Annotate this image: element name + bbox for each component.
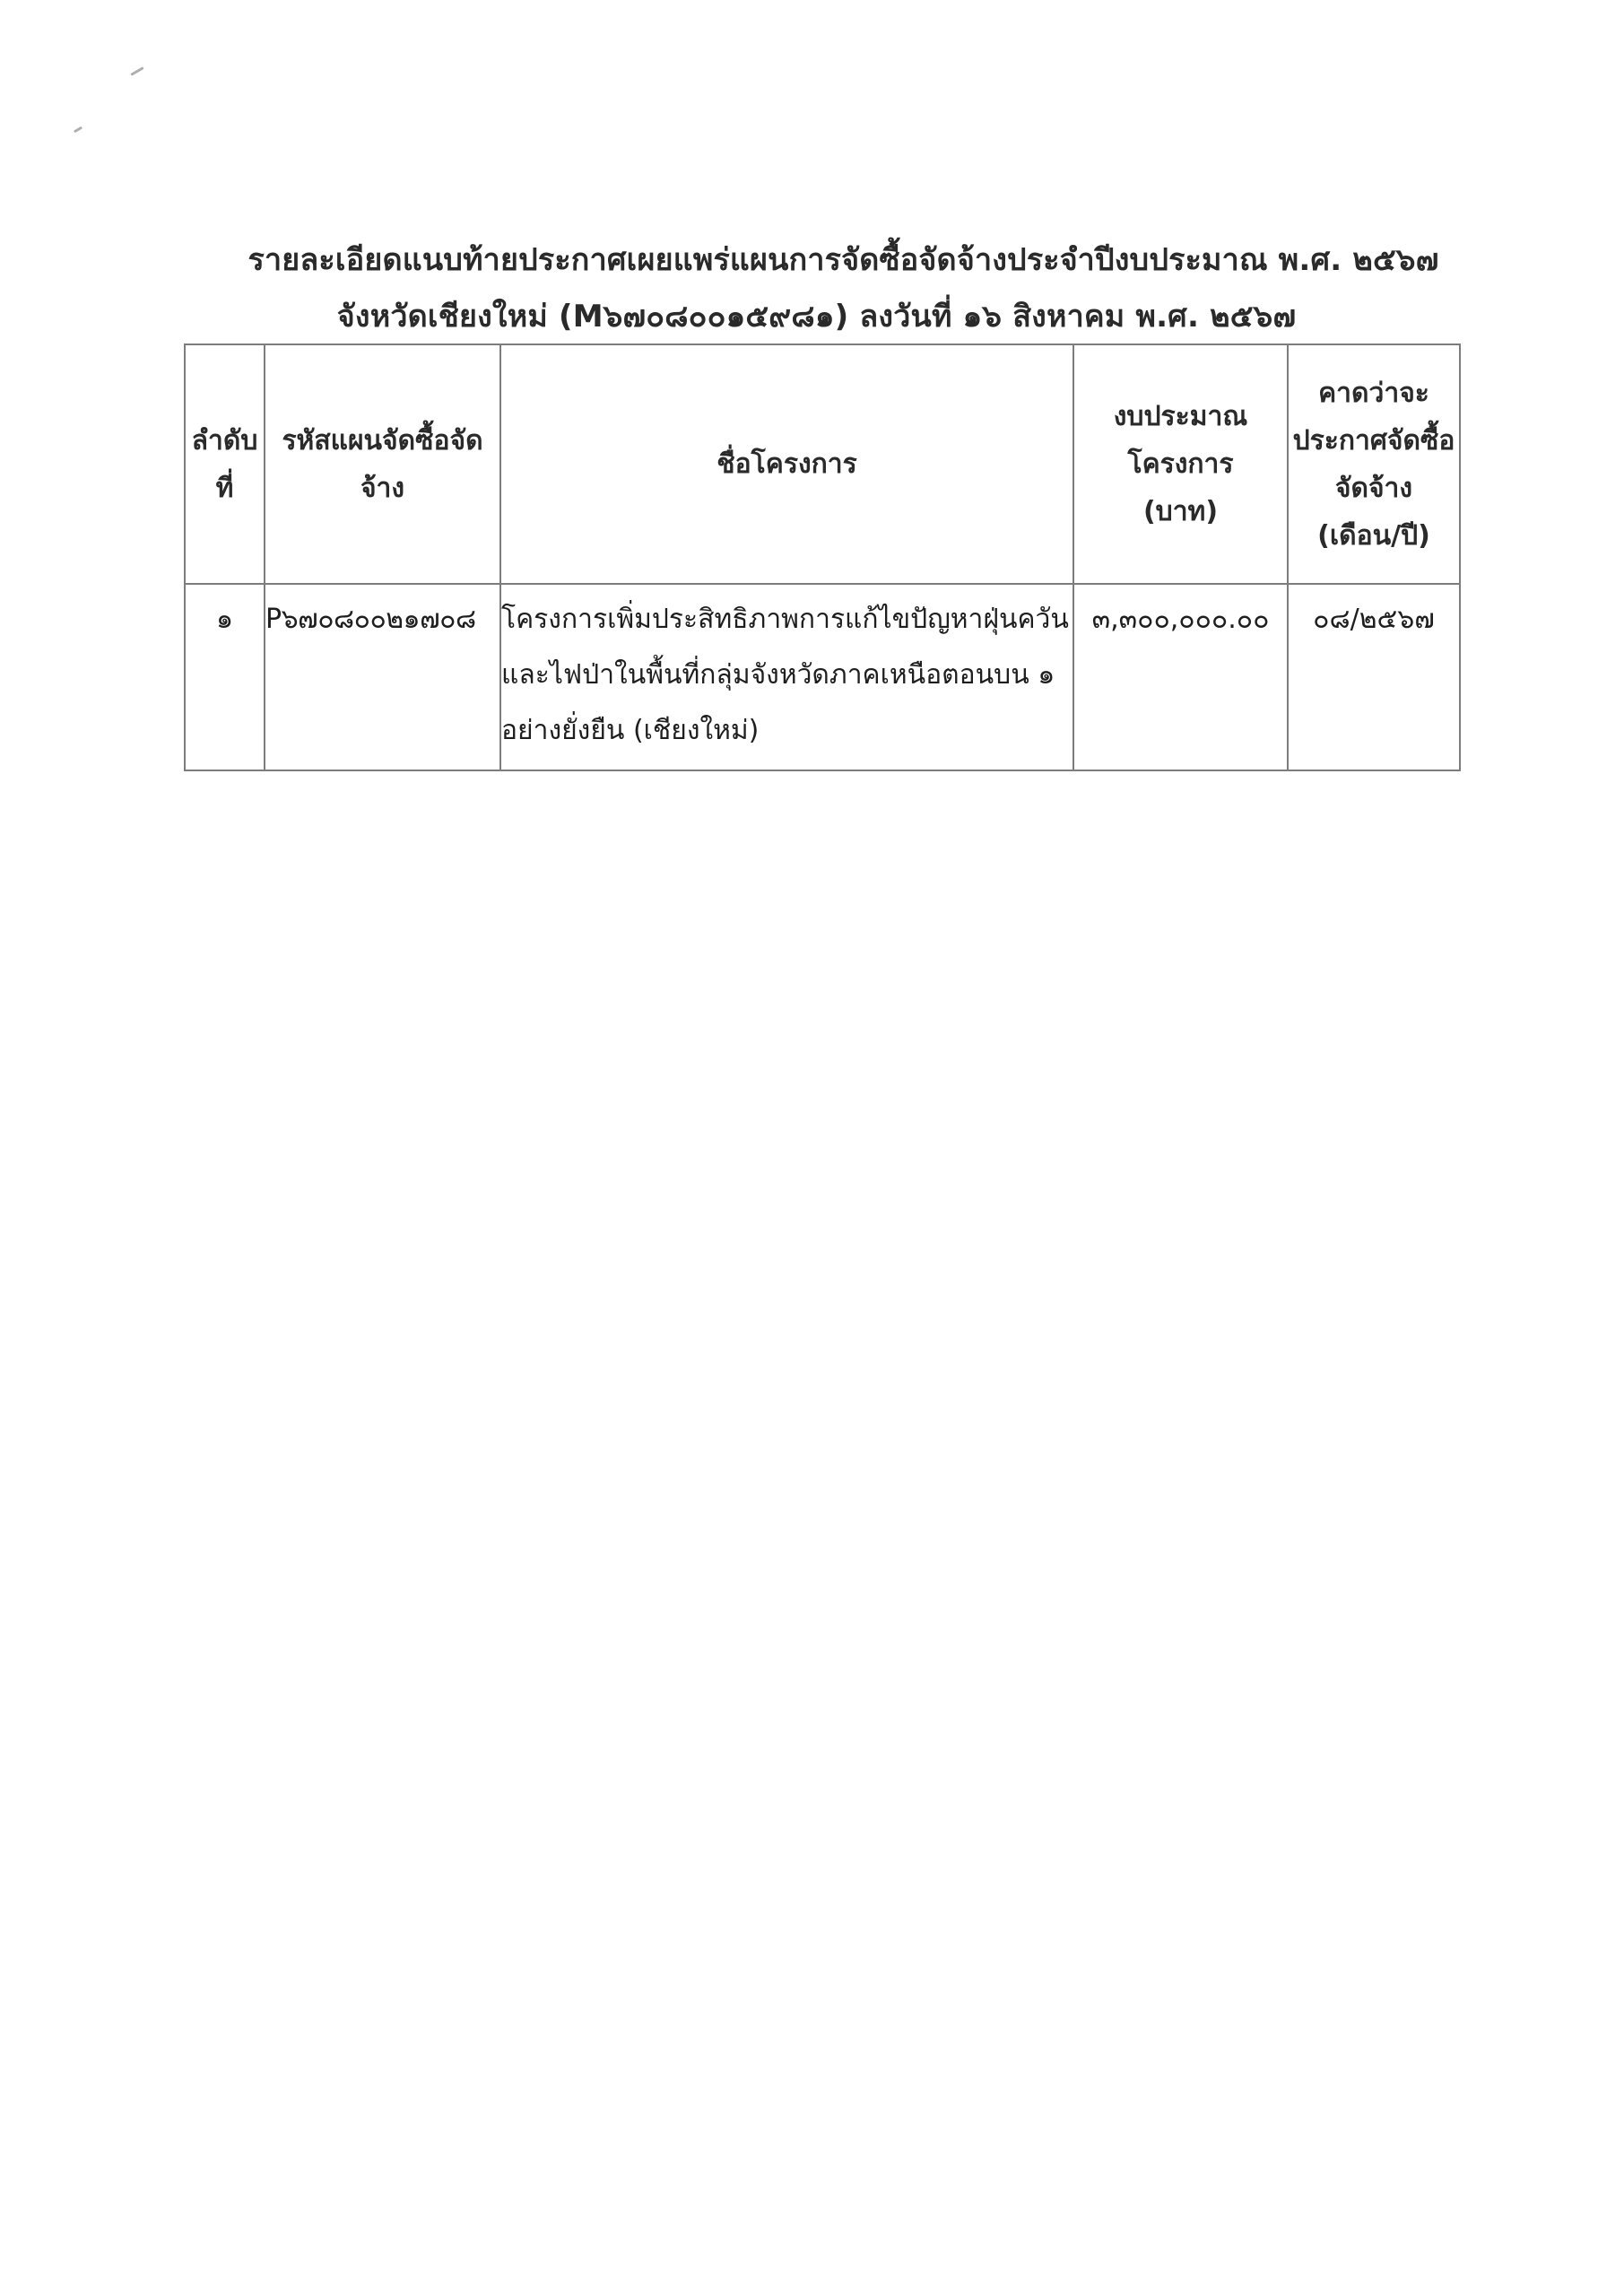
header-plan-code: รหัสแผนจัดซื้อจัด จ้าง [265,344,500,584]
cell-expected-month-year: ๐๘/๒๕๖๗ [1288,584,1460,770]
scan-artifact-mark [130,66,143,76]
header-sequence: ลำดับ ที่ [185,344,265,584]
document-title: รายละเอียดแนบท้ายประกาศเผยแพร่แผนการจัดซ… [0,235,1624,283]
table-header-row: ลำดับ ที่ รหัสแผนจัดซื้อจัด จ้าง ชื่อโคร… [185,344,1460,584]
cell-sequence: ๑ [185,584,265,770]
scan-artifact-mark [74,126,83,134]
cell-plan-code: P๖๗๐๘๐๐๒๑๗๐๘ [265,584,500,770]
cell-budget: ๓,๓๐๐,๐๐๐.๐๐ [1073,584,1288,770]
document-subtitle: จังหวัดเชียงใหม่ (M๖๗๐๘๐๐๑๕๙๘๑) ลงวันที่… [0,291,1624,340]
header-budget: งบประมาณ โครงการ (บาท) [1073,344,1288,584]
procurement-plan-table: ลำดับ ที่ รหัสแผนจัดซื้อจัด จ้าง ชื่อโคร… [184,344,1461,771]
header-expected-announcement: คาดว่าจะ ประกาศจัดซื้อ จัดจ้าง (เดือน/ปี… [1288,344,1460,584]
cell-project-name: โครงการเพิ่มประสิทธิภาพการแก้ไขปัญหาฝุ่น… [500,584,1073,770]
header-project-name: ชื่อโครงการ [500,344,1073,584]
table-row: ๑ P๖๗๐๘๐๐๒๑๗๐๘ โครงการเพิ่มประสิทธิภาพกา… [185,584,1460,770]
